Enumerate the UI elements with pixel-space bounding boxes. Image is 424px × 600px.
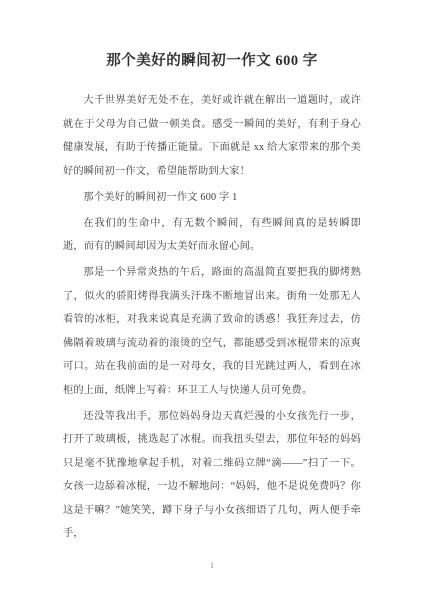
paragraph: 那是一个异常炎热的午后，路面的高温简直要把我的脚烤熟了，似火的骄阳烤得我满头汗珠… [63,261,361,402]
paragraph: 还没等我出手，那位妈妈身边天真烂漫的小女孩先行一步，打开了玻璃板，挑选起了冰棍。… [63,405,361,546]
paragraph: 在我们的生命中，有无数个瞬间，有些瞬间真的是转瞬即逝，而有的瞬间却因为太美好而永… [63,212,361,259]
page-number: 1 [0,561,424,570]
document-title: 那个美好的瞬间初一作文 600 字 [0,0,424,72]
document-page: 那个美好的瞬间初一作文 600 字 大千世界美好无处不在，美好或许就在解出一道题… [0,0,424,600]
paragraph-intro: 大千世界美好无处不在，美好或许就在解出一道题时，或许就在于父母为自己做一顿美食。… [63,89,361,183]
document-body: 大千世界美好无处不在，美好或许就在解出一道题时，或许就在于父母为自己做一顿美食。… [63,89,361,546]
section-heading: 那个美好的瞬间初一作文 600 字 1 [63,186,361,210]
